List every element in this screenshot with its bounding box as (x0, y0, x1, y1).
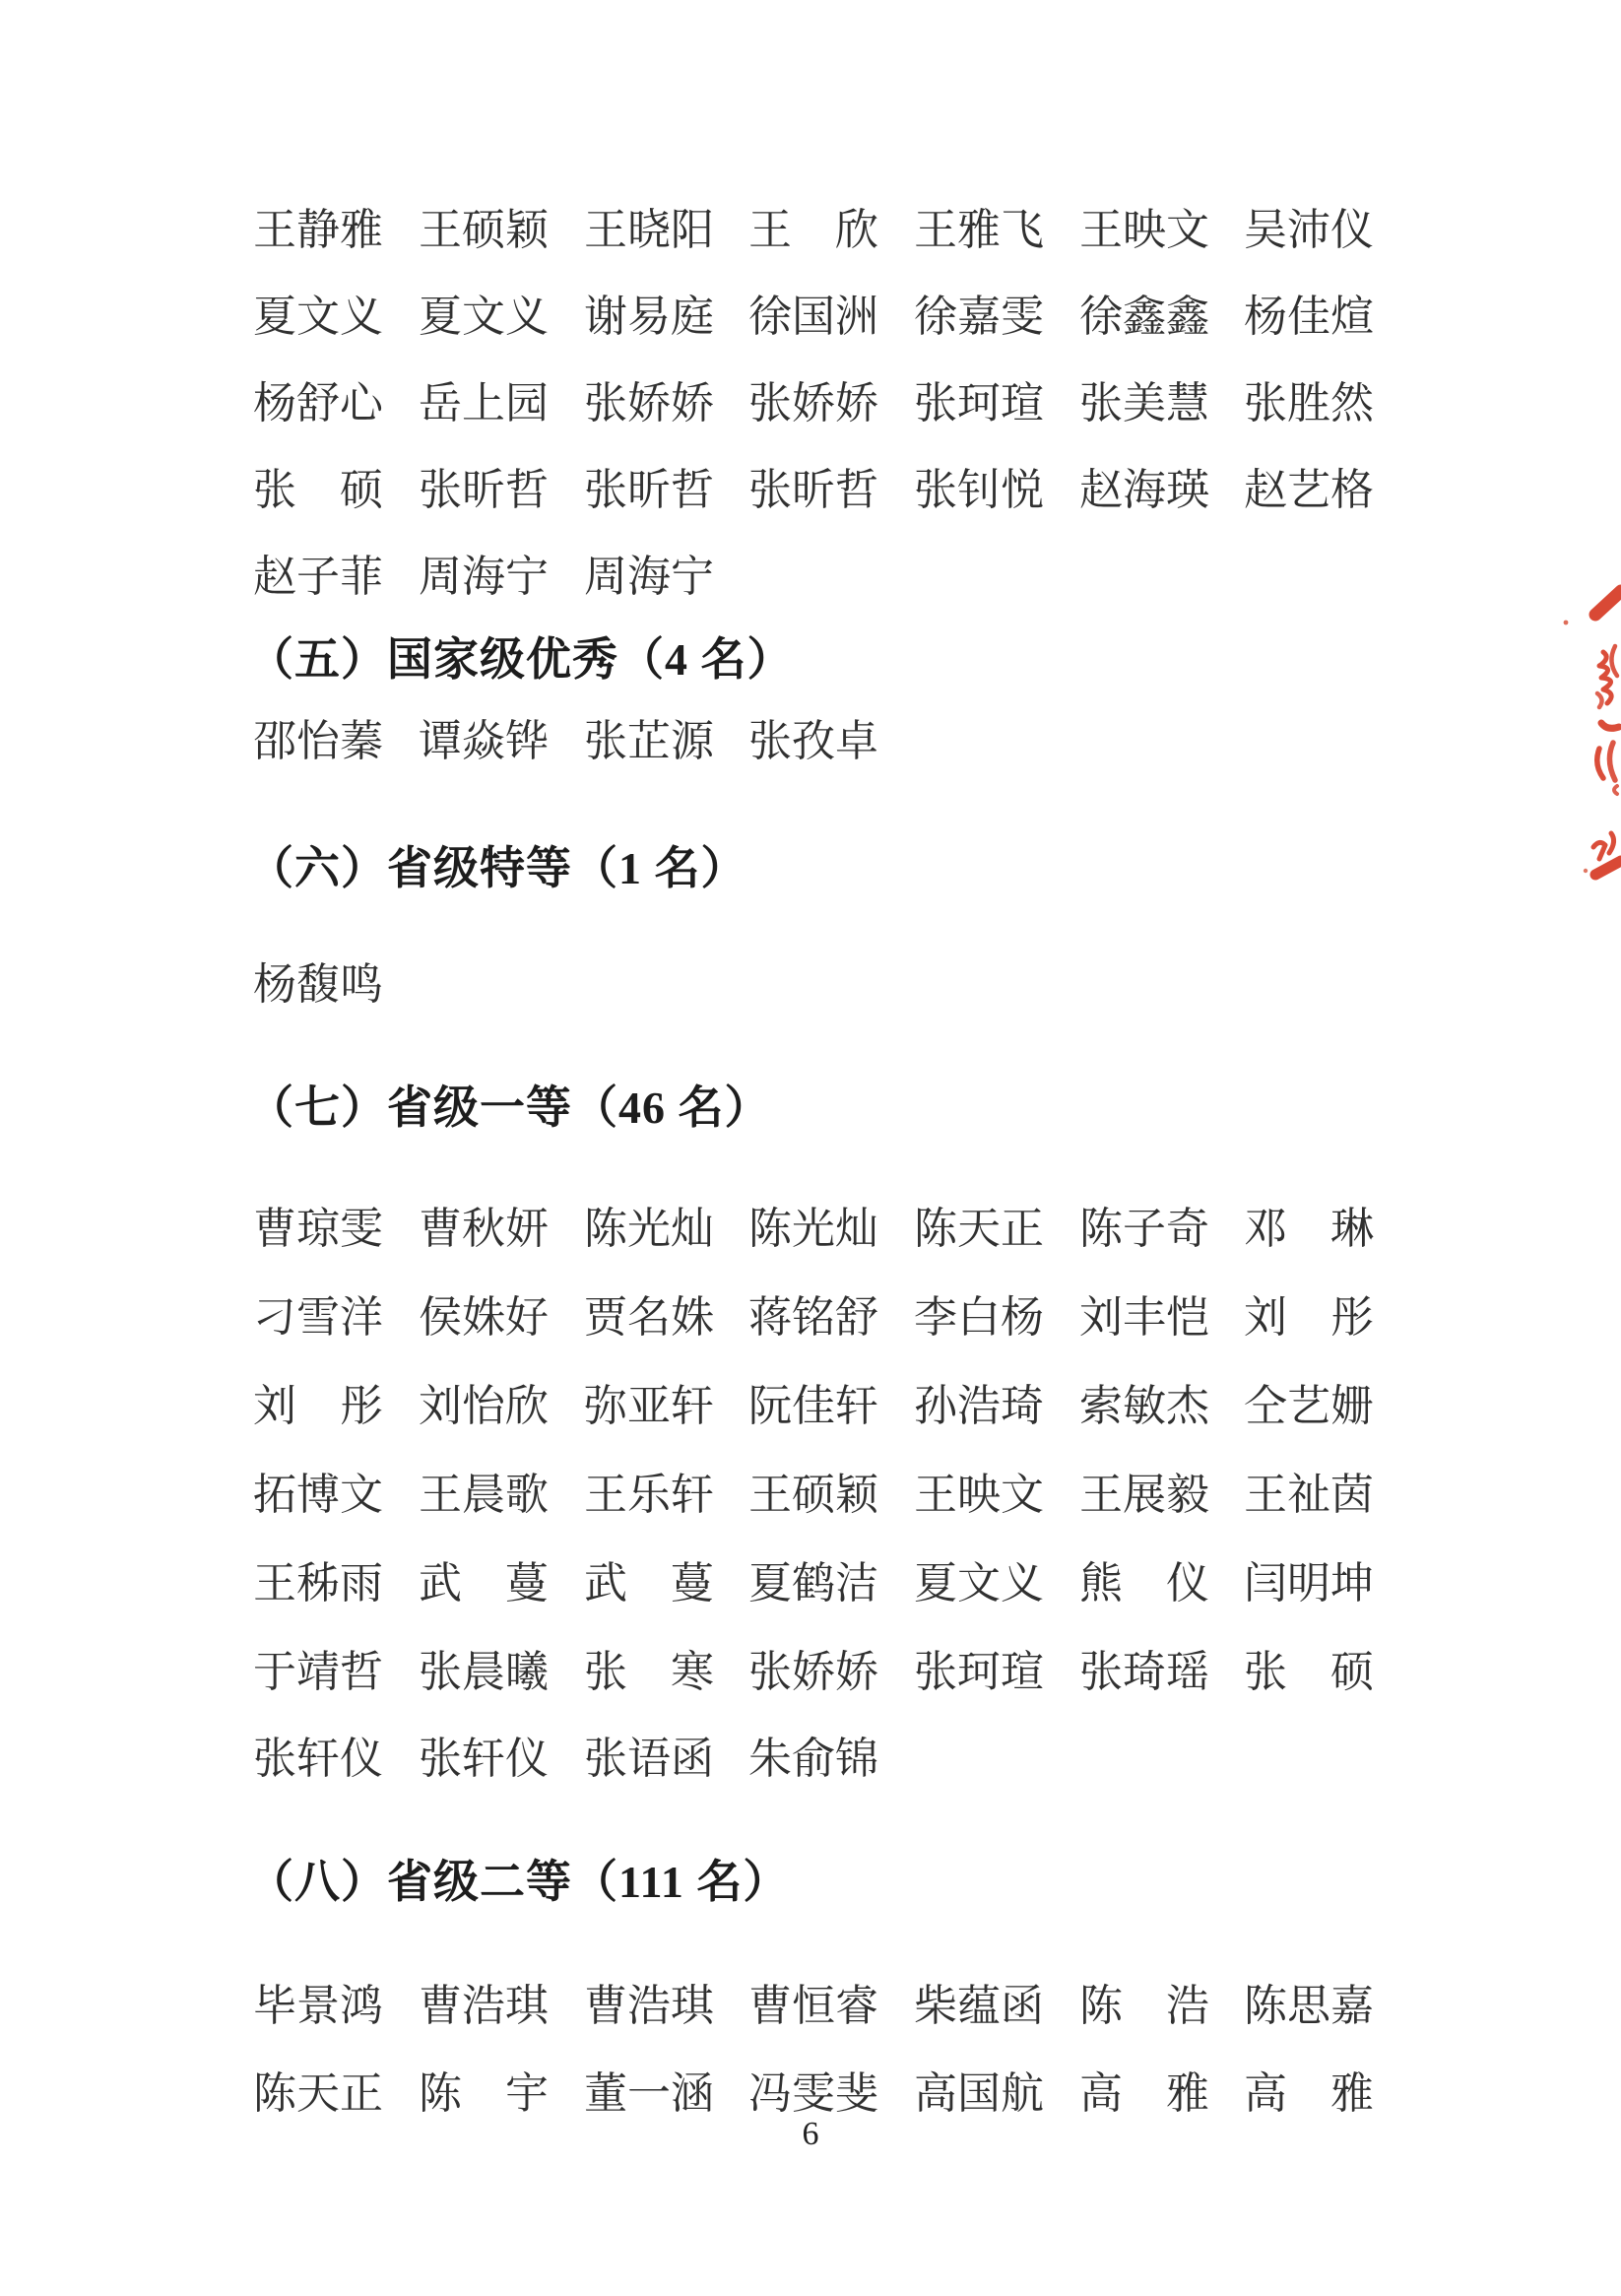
student-name: 高 雅 (1079, 2070, 1217, 2118)
student-name: 张胜然 (1244, 380, 1382, 427)
name-row: 陈天正 陈 宇 董一涵 冯雯斐 高国航 高 雅 高 雅 (253, 2070, 1435, 2120)
student-name: 陈天正 (914, 1206, 1052, 1253)
student-name: 柴蕴函 (914, 1983, 1052, 2030)
document-page: 王静雅 王硕颖 王晓阳 王 欣 王雅飞 王映文 吴沛仪 夏文义 夏文义 谢易庭 … (0, 0, 1621, 2296)
student-name: 王雅飞 (914, 207, 1052, 254)
student-name: 王硕颖 (419, 207, 556, 254)
student-name: 谭焱铧 (419, 718, 556, 765)
student-name: 王祉茵 (1244, 1472, 1382, 1519)
student-name: 陈思嘉 (1244, 1983, 1382, 2030)
name-row: 夏文义 夏文义 谢易庭 徐国洲 徐嘉雯 徐鑫鑫 杨佳煊 (253, 294, 1435, 343)
student-name: 王晨歌 (419, 1472, 556, 1519)
name-row: 赵子菲 周海宁 周海宁 (253, 554, 1435, 603)
student-name: 夏文义 (253, 294, 391, 341)
name-row: 张轩仪 张轩仪 张语函 朱俞锦 (253, 1736, 1435, 1785)
student-name: 张琦瑶 (1079, 1649, 1217, 1696)
student-name: 夏文义 (914, 1560, 1052, 1607)
student-name: 曹秋妍 (419, 1206, 556, 1253)
name-row: 杨舒心 岳上园 张娇娇 张娇娇 张珂瑄 张美慧 张胜然 (253, 380, 1435, 429)
student-name: 王静雅 (253, 207, 391, 254)
student-name: 仝艺姗 (1244, 1383, 1382, 1430)
student-name: 曹浩琪 (584, 1983, 722, 2030)
section-heading: （五）国家级优秀（4 名） (248, 634, 794, 686)
student-name: 弥亚轩 (584, 1383, 722, 1430)
student-name: 夏文义 (419, 294, 556, 341)
student-name: 岳上园 (419, 380, 556, 427)
student-name: 曹琼雯 (253, 1206, 391, 1253)
section-heading: （七）省级一等（46 名） (248, 1082, 771, 1134)
student-name: 赵海瑛 (1079, 467, 1217, 514)
student-name: 徐国洲 (748, 294, 886, 341)
student-name: 张 寒 (584, 1649, 722, 1696)
student-name: 高国航 (914, 2070, 1052, 2118)
student-name: 李白杨 (914, 1294, 1052, 1342)
student-name: 武 蔓 (584, 1560, 722, 1607)
student-name: 赵子菲 (253, 554, 391, 601)
student-name: 刁雪洋 (253, 1294, 391, 1342)
name-row: 毕景鸿 曹浩琪 曹浩琪 曹恒睿 柴蕴函 陈 浩 陈思嘉 (253, 1983, 1435, 2032)
student-name: 刘丰恺 (1079, 1294, 1217, 1342)
student-name: 张娇娇 (748, 380, 886, 427)
student-name: 周海宁 (419, 554, 556, 601)
student-name: 王秭雨 (253, 1560, 391, 1607)
student-name: 张昕哲 (584, 467, 722, 514)
name-row: 王秭雨 武 蔓 武 蔓 夏鹤洁 夏文义 熊 仪 闫明坤 (253, 1560, 1435, 1609)
student-name: 张语函 (584, 1736, 722, 1783)
seal-stamp-icon (1560, 583, 1621, 893)
name-row: 刘 彤 刘怡欣 弥亚轩 阮佳轩 孙浩琦 索敏杰 仝艺姗 (253, 1383, 1435, 1432)
student-name: 张轩仪 (253, 1736, 391, 1783)
student-name: 陈 宇 (419, 2070, 556, 2118)
student-name: 陈 浩 (1079, 1983, 1217, 2030)
student-name: 王硕颖 (748, 1472, 886, 1519)
student-name: 陈光灿 (748, 1206, 886, 1253)
student-name: 张珂瑄 (914, 1649, 1052, 1696)
student-name: 王 欣 (748, 207, 886, 254)
student-name: 张美慧 (1079, 380, 1217, 427)
student-name: 张 硕 (253, 467, 391, 514)
student-name: 陈天正 (253, 2070, 391, 2118)
name-row: 王静雅 王硕颖 王晓阳 王 欣 王雅飞 王映文 吴沛仪 (253, 207, 1435, 256)
name-row: 于靖哲 张晨曦 张 寒 张娇娇 张珂瑄 张琦瑶 张 硕 (253, 1649, 1435, 1698)
student-name: 于靖哲 (253, 1649, 391, 1696)
student-name: 侯姝好 (419, 1294, 556, 1342)
student-name: 张 硕 (1244, 1649, 1382, 1696)
student-name: 张钊悦 (914, 467, 1052, 514)
student-name: 徐鑫鑫 (1079, 294, 1217, 341)
student-name: 杨佳煊 (1244, 294, 1382, 341)
section-heading: （八）省级二等（111 名） (248, 1857, 789, 1908)
student-name: 陈子奇 (1079, 1206, 1217, 1253)
student-name: 刘 彤 (1244, 1294, 1382, 1342)
student-name: 张娇娇 (748, 1649, 886, 1696)
student-name: 曹恒睿 (748, 1983, 886, 2030)
student-name: 张珂瑄 (914, 380, 1052, 427)
student-name: 孙浩琦 (914, 1383, 1052, 1430)
name-row: 曹琼雯 曹秋妍 陈光灿 陈光灿 陈天正 陈子奇 邓 琳 (253, 1206, 1435, 1255)
student-name: 刘怡欣 (419, 1383, 556, 1430)
student-name: 拓博文 (253, 1472, 391, 1519)
student-name: 陈光灿 (584, 1206, 722, 1253)
student-name: 周海宁 (584, 554, 722, 601)
student-name: 谢易庭 (584, 294, 722, 341)
student-name: 张晨曦 (419, 1649, 556, 1696)
student-name: 冯雯斐 (748, 2070, 886, 2118)
name-row: 刁雪洋 侯姝好 贾名姝 蒋铭舒 李白杨 刘丰恺 刘 彤 (253, 1294, 1435, 1344)
name-row: 杨馥鸣 (253, 961, 1435, 1011)
student-name: 闫明坤 (1244, 1560, 1382, 1607)
student-name: 董一涵 (584, 2070, 722, 2118)
student-name: 杨馥鸣 (253, 961, 391, 1009)
student-name: 夏鹤洁 (748, 1560, 886, 1607)
student-name: 索敏杰 (1079, 1383, 1217, 1430)
student-name: 蒋铭舒 (748, 1294, 886, 1342)
student-name: 邓 琳 (1244, 1206, 1382, 1253)
student-name: 张孜卓 (748, 718, 886, 765)
student-name: 邵怡蓁 (253, 718, 391, 765)
student-name: 张芷源 (584, 718, 722, 765)
student-name: 赵艺格 (1244, 467, 1382, 514)
student-name: 张娇娇 (584, 380, 722, 427)
student-name: 熊 仪 (1079, 1560, 1217, 1607)
student-name: 吴沛仪 (1244, 207, 1382, 254)
student-name: 张昕哲 (748, 467, 886, 514)
student-name: 贾名姝 (584, 1294, 722, 1342)
student-name: 徐嘉雯 (914, 294, 1052, 341)
student-name: 张昕哲 (419, 467, 556, 514)
student-name: 毕景鸿 (253, 1983, 391, 2030)
page-number: 6 (803, 2116, 819, 2153)
student-name: 王晓阳 (584, 207, 722, 254)
student-name: 王展毅 (1079, 1472, 1217, 1519)
student-name: 刘 彤 (253, 1383, 391, 1430)
name-row: 张 硕 张昕哲 张昕哲 张昕哲 张钊悦 赵海瑛 赵艺格 (253, 467, 1435, 516)
section-heading: （六）省级特等（1 名） (248, 843, 747, 894)
name-row: 拓博文 王晨歌 王乐轩 王硕颖 王映文 王展毅 王祉茵 (253, 1472, 1435, 1521)
student-name: 曹浩琪 (419, 1983, 556, 2030)
student-name: 武 蔓 (419, 1560, 556, 1607)
student-name: 朱俞锦 (748, 1736, 886, 1783)
student-name: 王映文 (1079, 207, 1217, 254)
student-name: 高 雅 (1244, 2070, 1382, 2118)
student-name: 王乐轩 (584, 1472, 722, 1519)
student-name: 杨舒心 (253, 380, 391, 427)
student-name: 张轩仪 (419, 1736, 556, 1783)
name-row: 邵怡蓁 谭焱铧 张芷源 张孜卓 (253, 718, 1435, 767)
student-name: 王映文 (914, 1472, 1052, 1519)
student-name: 阮佳轩 (748, 1383, 886, 1430)
